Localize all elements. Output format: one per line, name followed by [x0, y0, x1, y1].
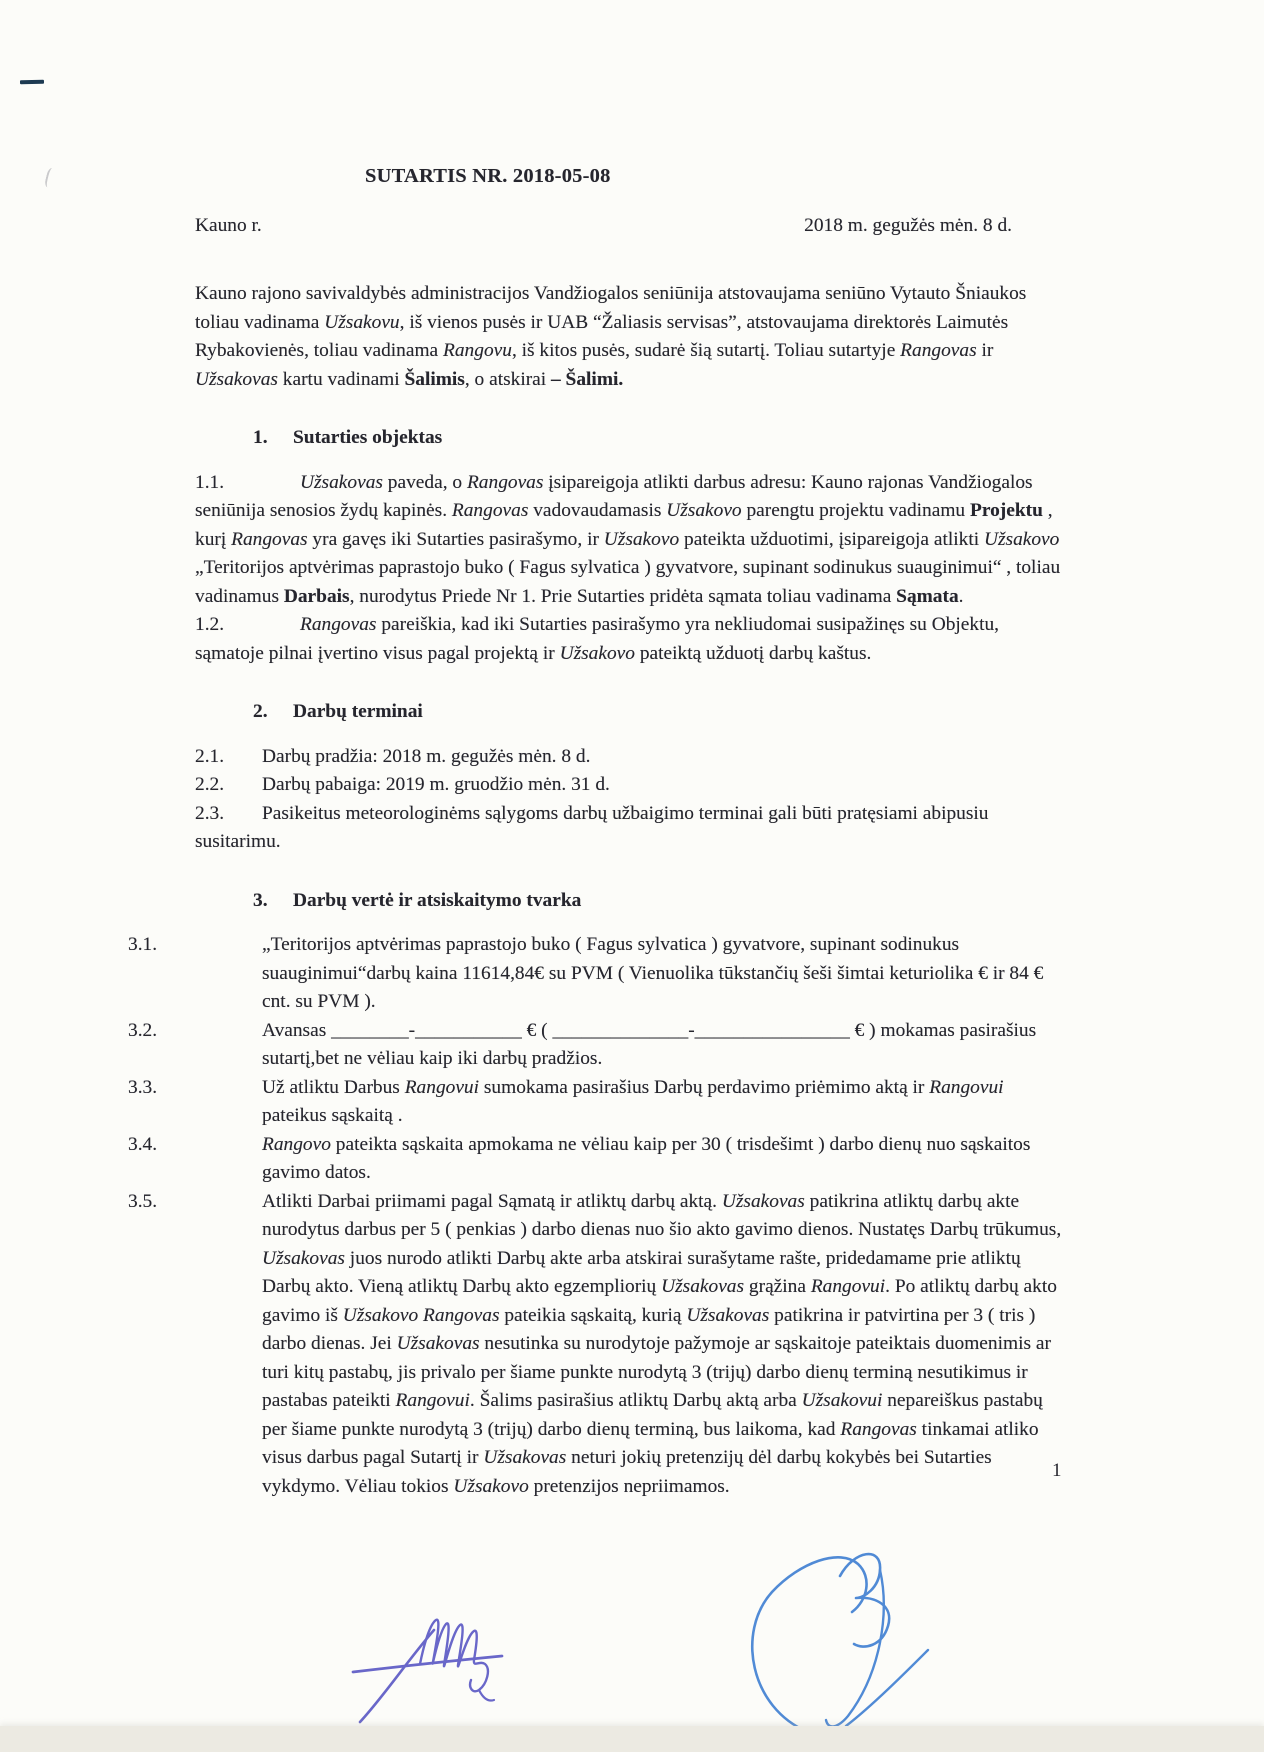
ink-stroke — [846, 1650, 928, 1726]
section-3-title: Darbų vertė ir atsiskaitymo tvarka — [293, 890, 581, 911]
clause-3-3-text: Už atliktu Darbus Rangovui sumokama pasi… — [262, 1077, 1004, 1127]
ink-stroke — [420, 1620, 488, 1692]
clause-3-1: 3.1.„Teritorijos aptvėrimas paprastojo b… — [195, 931, 1067, 1017]
ink-stroke — [360, 1630, 434, 1722]
section-1-heading: 1.Sutarties objektas — [195, 424, 1067, 453]
clause-3-3: 3.3.Už atliktu Darbus Rangovui sumokama … — [195, 1074, 1067, 1131]
ink-stroke — [479, 1690, 494, 1701]
section-3-number: 3. — [253, 887, 293, 916]
ink-stroke — [752, 1557, 866, 1732]
clause-3-4-number: 3.4. — [195, 1131, 262, 1160]
section-2-title: Darbų terminai — [293, 701, 423, 722]
clause-3-5: 3.5.Atlikti Darbai priimami pagal Sąmatą… — [195, 1188, 1067, 1502]
section-2-number: 2. — [253, 698, 293, 727]
clause-2-1-number: 2.1. — [195, 743, 262, 772]
clause-2-2-number: 2.2. — [195, 771, 262, 800]
section-1-title: Sutarties objektas — [293, 427, 442, 448]
intro-paragraph: Kauno rajono savivaldybės administracijo… — [195, 280, 1067, 394]
ink-stroke — [826, 1570, 884, 1726]
clause-3-2-number: 3.2. — [195, 1017, 262, 1046]
section-1-number: 1. — [253, 424, 293, 453]
scan-artifact-mark — [44, 167, 59, 189]
signature-left — [350, 1608, 528, 1726]
signature-right-strokes — [752, 1554, 928, 1732]
clause-3-1-text: „Teritorijos aptvėrimas paprastojo buko … — [262, 934, 1043, 1012]
signature-left-strokes — [353, 1620, 502, 1722]
contract-body: SUTARTIS NR. 2018-05-08 Kauno r. 2018 m.… — [195, 0, 1067, 1501]
clause-3-2: 3.2.Avansas ________-___________ € ( ___… — [195, 1017, 1067, 1074]
clause-1-1: 1.1.Užsakovas paveda, o Rangovas įsipare… — [195, 469, 1067, 612]
clause-2-2: 2.2.Darbų pabaiga: 2019 m. gruodžio mėn.… — [195, 771, 1067, 800]
clause-1-1-number: 1.1. — [195, 469, 300, 498]
clause-3-3-number: 3.3. — [195, 1074, 262, 1103]
clause-3-4-text: Rangovo pateikta sąskaita apmokama ne vė… — [262, 1134, 1030, 1184]
clause-2-3-number: 2.3. — [195, 800, 262, 829]
clause-3-1-number: 3.1. — [195, 931, 262, 960]
clause-2-1-text: Darbų pradžia: 2018 m. gegužės mėn. 8 d. — [262, 746, 590, 767]
clause-2-1: 2.1.Darbų pradžia: 2018 m. gegužės mėn. … — [195, 743, 1067, 772]
clause-3-2-text: Avansas ________-___________ € ( _______… — [262, 1020, 1036, 1070]
clause-1-2-number: 1.2. — [195, 611, 300, 640]
signature-right — [728, 1538, 963, 1738]
clause-1-2-text: Rangovas pareiškia, kad iki Sutarties pa… — [195, 614, 999, 664]
clause-2-2-text: Darbų pabaiga: 2019 m. gruodžio mėn. 31 … — [262, 774, 610, 795]
section-3-heading: 3.Darbų vertė ir atsiskaitymo tvarka — [195, 887, 1067, 916]
clause-3-5-number: 3.5. — [195, 1188, 262, 1217]
scan-artifact-dash — [20, 80, 44, 84]
clause-2-3-text: Pasikeitus meteorologinėms sąlygoms darb… — [195, 803, 988, 853]
clause-3-5-text: Atlikti Darbai priimami pagal Sąmatą ir … — [262, 1191, 1061, 1497]
clause-1-2: 1.2.Rangovas pareiškia, kad iki Sutartie… — [195, 611, 1067, 668]
clause-3-4: 3.4.Rangovo pateikta sąskaita apmokama n… — [195, 1131, 1067, 1188]
clause-1-1-text: Užsakovas paveda, o Rangovas įsipareigoj… — [195, 472, 1060, 607]
section-2-heading: 2.Darbų terminai — [195, 698, 1067, 727]
clause-2-3: 2.3.Pasikeitus meteorologinėms sąlygoms … — [195, 800, 1067, 857]
dateline: Kauno r. 2018 m. gegužės mėn. 8 d. — [195, 212, 1067, 241]
contract-place: Kauno r. — [195, 212, 262, 241]
scan-edge-strip — [0, 1726, 1264, 1752]
page-number: 1 — [1052, 1460, 1062, 1482]
contract-date: 2018 m. gegužės mėn. 8 d. — [804, 212, 1012, 241]
contract-title: SUTARTIS NR. 2018-05-08 — [365, 0, 1067, 191]
scanned-contract-page: SUTARTIS NR. 2018-05-08 Kauno r. 2018 m.… — [0, 0, 1264, 1752]
